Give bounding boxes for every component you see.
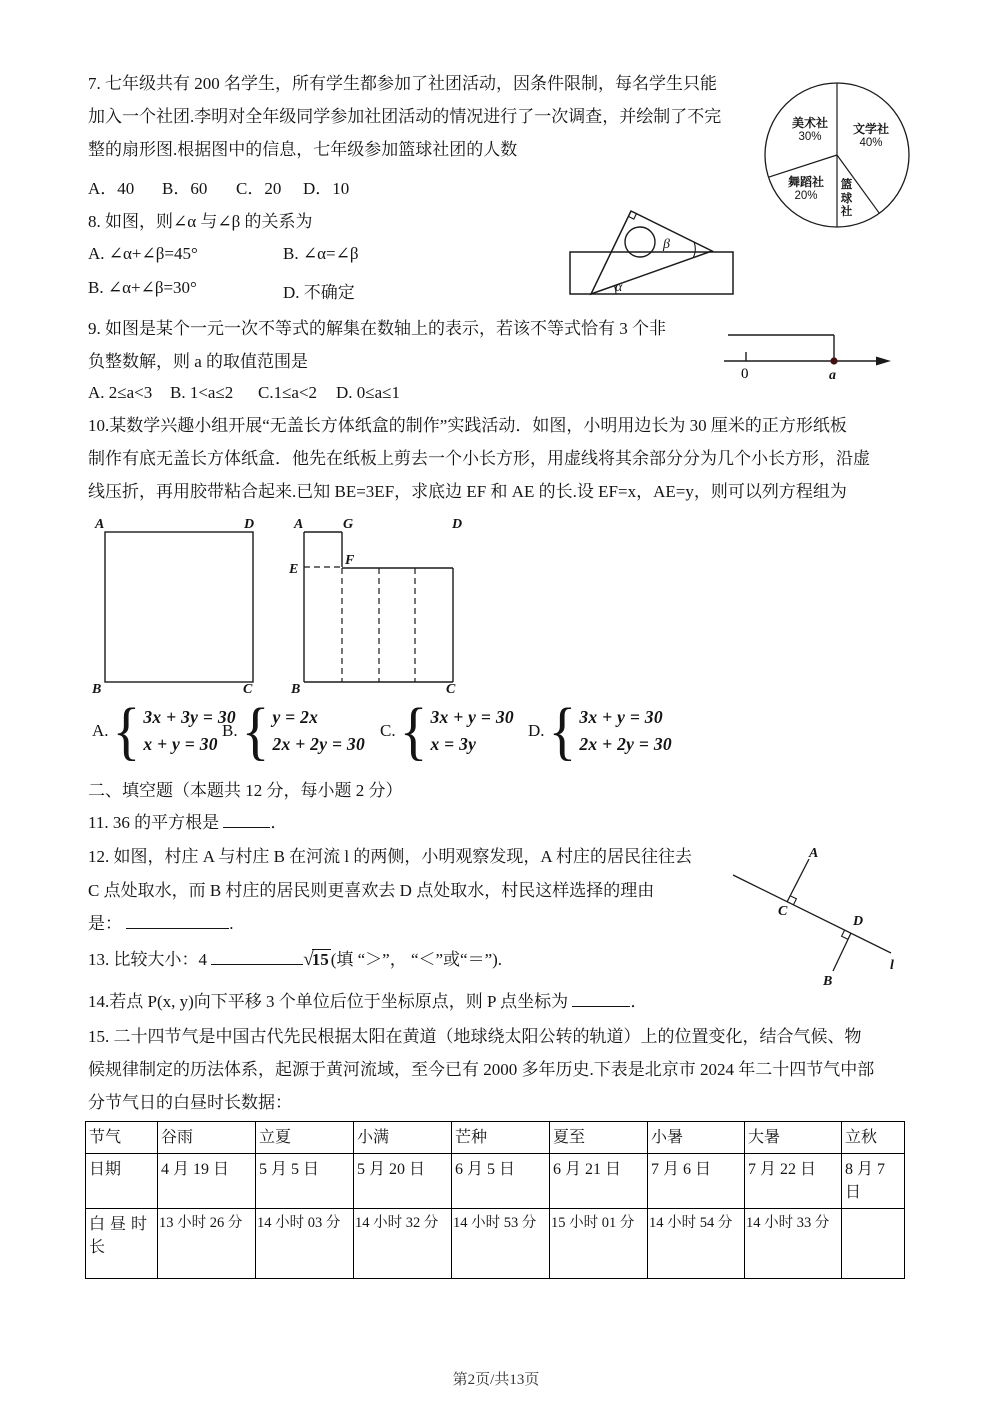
table-cell: 8 月 7 日 bbox=[842, 1154, 905, 1209]
q13-blank bbox=[211, 949, 303, 965]
table-row-daylight: 白昼时长 13 小时 26 分 14 小时 03 分 14 小时 32 分 14… bbox=[86, 1209, 905, 1279]
segment-DB bbox=[833, 933, 851, 971]
table-cell: 小暑 bbox=[648, 1122, 745, 1154]
q15-line-3: 分节气日的白昼时长数据： bbox=[88, 1091, 292, 1114]
q14-line: 14.若点 P(x, y)向下平移 3 个单位后位于坐标原点，则 P 点坐标为 … bbox=[88, 990, 647, 1013]
q15-line-1: 15. 二十四节气是中国古代先民根据太阳在黄道（地球绕太阳公转的轨道）上的位置变… bbox=[88, 1025, 862, 1048]
q10-option-c: C. { 3x + y = 30 x = 3y bbox=[380, 702, 514, 760]
solar-terms-table: 节气 谷雨 立夏 小满 芒种 夏至 小暑 大暑 立秋 日期 4 月 19 日 5… bbox=[85, 1121, 905, 1279]
q12-blank bbox=[126, 913, 229, 929]
section2-header: 二、填空题（本题共 12 分，每小题 2 分） bbox=[88, 779, 403, 802]
pie-slice-label-dance: 舞蹈社 20% bbox=[775, 175, 837, 203]
table-cell: 白昼时长 bbox=[86, 1209, 158, 1279]
q7-line-3: 整的扇形图.根据图中的信息，七年级参加篮球社团的人数 bbox=[88, 138, 517, 161]
q10-option-a: A. { 3x + 3y = 30 x + y = 30 bbox=[92, 702, 236, 760]
pie-slice-label-basketball: 篮球社 bbox=[839, 179, 854, 220]
table-cell: 7 月 6 日 bbox=[648, 1154, 745, 1209]
label-village-B: B bbox=[822, 974, 832, 989]
page-footer: 第2页/共13页 bbox=[0, 1368, 992, 1389]
table-cell: 15 小时 01 分 bbox=[550, 1209, 648, 1279]
q9-option-a: A. 2≤a<3 bbox=[88, 383, 152, 403]
label-D2: D bbox=[451, 517, 462, 532]
q7-option-c: C．20 bbox=[236, 174, 281, 199]
brace-glyph: { bbox=[400, 699, 428, 764]
table-cell: 小满 bbox=[354, 1122, 452, 1154]
q14-blank bbox=[572, 991, 630, 1007]
table-cell: 6 月 5 日 bbox=[452, 1154, 550, 1209]
q12-line-1: 12. 如图，村庄 A 与村庄 B 在河流 l 的两侧，小明观察发现，A 村庄的… bbox=[88, 845, 692, 868]
table-cell: 夏至 bbox=[550, 1122, 648, 1154]
exam-page: 7. 七年级共有 200 名学生，所有学生都参加了社团活动，因条件限制，每名学生… bbox=[0, 0, 992, 1403]
q7-option-d: D．10 bbox=[303, 174, 349, 199]
q11-line: 11. 36 的平方根是 ． bbox=[88, 811, 287, 834]
label-point-D: D bbox=[852, 914, 863, 929]
table-cell: 14 小时 03 分 bbox=[256, 1209, 354, 1279]
alpha-label: α bbox=[615, 280, 623, 295]
brace-glyph: { bbox=[242, 699, 270, 764]
q8-option-c: B. ∠α+∠β=30° bbox=[88, 278, 197, 298]
table-row-dates: 日期 4 月 19 日 5 月 5 日 5 月 20 日 6 月 5 日 6 月… bbox=[86, 1154, 905, 1209]
q9-line-2: 负整数解，则 a 的取值范围是 bbox=[88, 350, 308, 373]
q7-line-2: 加入一个社团.李明对全年级同学参加社团活动的情况进行了一次调查，并绘制了不完 bbox=[88, 105, 721, 128]
q10-line-3: 线压折，再用胶带粘合起来.已知 BE=3EF，求底边 EF 和 AE 的长.设 … bbox=[88, 480, 847, 503]
table-cell: 7 月 22 日 bbox=[745, 1154, 842, 1209]
q9-option-c: C.1≤a<2 bbox=[258, 383, 317, 403]
table-cell: 5 月 5 日 bbox=[256, 1154, 354, 1209]
pie-slice-label-art: 美术社 30% bbox=[779, 116, 841, 144]
q8-option-b: B. ∠α=∠β bbox=[283, 244, 358, 264]
table-cell: 谷雨 bbox=[158, 1122, 256, 1154]
table-cell: 立夏 bbox=[256, 1122, 354, 1154]
label-G: G bbox=[343, 517, 353, 532]
q12-line-2: C 点处取水，而 B 村庄的居民则更喜欢去 D 点处取水，村民这样选择的理由 bbox=[88, 879, 654, 902]
label-A: A bbox=[94, 517, 104, 532]
table-cell: 14 小时 33 分 bbox=[745, 1209, 842, 1279]
a-label: a bbox=[829, 368, 836, 383]
label-village-A: A bbox=[808, 846, 818, 861]
table-cell bbox=[842, 1209, 905, 1279]
table-cell: 立秋 bbox=[842, 1122, 905, 1154]
club-pie-chart: 美术社 30% 文学社 40% 舞蹈社 20% 篮球社 bbox=[762, 80, 912, 230]
q10-option-b: B. { y = 2x 2x + 2y = 30 bbox=[222, 702, 365, 760]
q7-line-1: 7. 七年级共有 200 名学生，所有学生都参加了社团活动，因条件限制，每名学生… bbox=[88, 72, 717, 95]
label-B2: B bbox=[290, 682, 300, 697]
table-cell: 14 小时 32 分 bbox=[354, 1209, 452, 1279]
q10-line-1: 10.某数学兴趣小组开展“无盖长方体纸盒的制作”实践活动．如图，小明用边长为 3… bbox=[88, 414, 847, 437]
table-cell: 大暑 bbox=[745, 1122, 842, 1154]
beta-label: β bbox=[662, 237, 670, 252]
label-line-l: l bbox=[890, 958, 894, 973]
label-B: B bbox=[91, 682, 101, 697]
table-cell: 14 小时 54 分 bbox=[648, 1209, 745, 1279]
q12-line-3: 是： . bbox=[88, 912, 234, 935]
river-line-l bbox=[733, 875, 891, 953]
label-point-C: C bbox=[778, 904, 788, 919]
label-A2: A bbox=[293, 517, 303, 532]
q8-option-d: D. 不确定 bbox=[283, 278, 355, 303]
q11-blank bbox=[223, 812, 270, 828]
table-cell: 14 小时 53 分 bbox=[452, 1209, 550, 1279]
table-cell: 4 月 19 日 bbox=[158, 1154, 256, 1209]
q10-line-2: 制作有底无盖长方体纸盒．他先在纸板上剪去一个小长方形，用虚线将其余部分分为几个小… bbox=[88, 447, 870, 470]
q7-option-a: A．40 bbox=[88, 174, 134, 199]
villages-river-figure: A C D B l bbox=[723, 845, 903, 995]
point-a-dot bbox=[830, 357, 837, 364]
triangle-ruler-figure: β α bbox=[558, 198, 748, 310]
square-ABCD bbox=[105, 532, 253, 682]
number-line-figure: 0 a bbox=[718, 318, 898, 384]
brace-glyph: { bbox=[549, 699, 577, 764]
label-D: D bbox=[243, 517, 254, 532]
label-F: F bbox=[344, 553, 355, 568]
q13-line: 13. 比较大小：4 √15(填 “＞”， “＜”或“＝”). bbox=[88, 948, 502, 971]
label-C2: C bbox=[446, 682, 456, 697]
q10-option-d: D. { 3x + y = 30 2x + 2y = 30 bbox=[528, 702, 672, 760]
q15-line-2: 候规律制定的历法体系，起源于黄河流域，至今已有 2000 多年历史.下表是北京市… bbox=[88, 1058, 874, 1081]
pie-chart-svg bbox=[762, 80, 912, 230]
cardboard-net-figure: A D B C A G D E F B C bbox=[86, 512, 478, 704]
q7-option-b: B．60 bbox=[162, 174, 207, 199]
q9-line-1: 9. 如图是某个一元一次不等式的解集在数轴上的表示，若该不等式恰有 3 个非 bbox=[88, 317, 666, 340]
table-cell: 13 小时 26 分 bbox=[158, 1209, 256, 1279]
brace-glyph: { bbox=[113, 699, 141, 764]
beta-angle-arc bbox=[693, 242, 695, 258]
pie-slice-label-literature: 文学社 40% bbox=[841, 122, 901, 150]
table-cell: 节气 bbox=[86, 1122, 158, 1154]
label-E: E bbox=[288, 562, 298, 577]
table-row-terms: 节气 谷雨 立夏 小满 芒种 夏至 小暑 大暑 立秋 bbox=[86, 1122, 905, 1154]
zero-label: 0 bbox=[741, 366, 749, 382]
q8-option-a: A. ∠α+∠β=45° bbox=[88, 244, 198, 264]
table-cell: 日期 bbox=[86, 1154, 158, 1209]
q8-title: 8. 如图，则∠α 与∠β 的关系为 bbox=[88, 210, 313, 233]
axis-arrowhead bbox=[876, 357, 891, 366]
q9-option-b: B. 1<a≤2 bbox=[170, 383, 233, 403]
table-cell: 芒种 bbox=[452, 1122, 550, 1154]
q9-option-d: D. 0≤a≤1 bbox=[336, 383, 400, 403]
table-cell: 6 月 21 日 bbox=[550, 1154, 648, 1209]
table-cell: 5 月 20 日 bbox=[354, 1154, 452, 1209]
